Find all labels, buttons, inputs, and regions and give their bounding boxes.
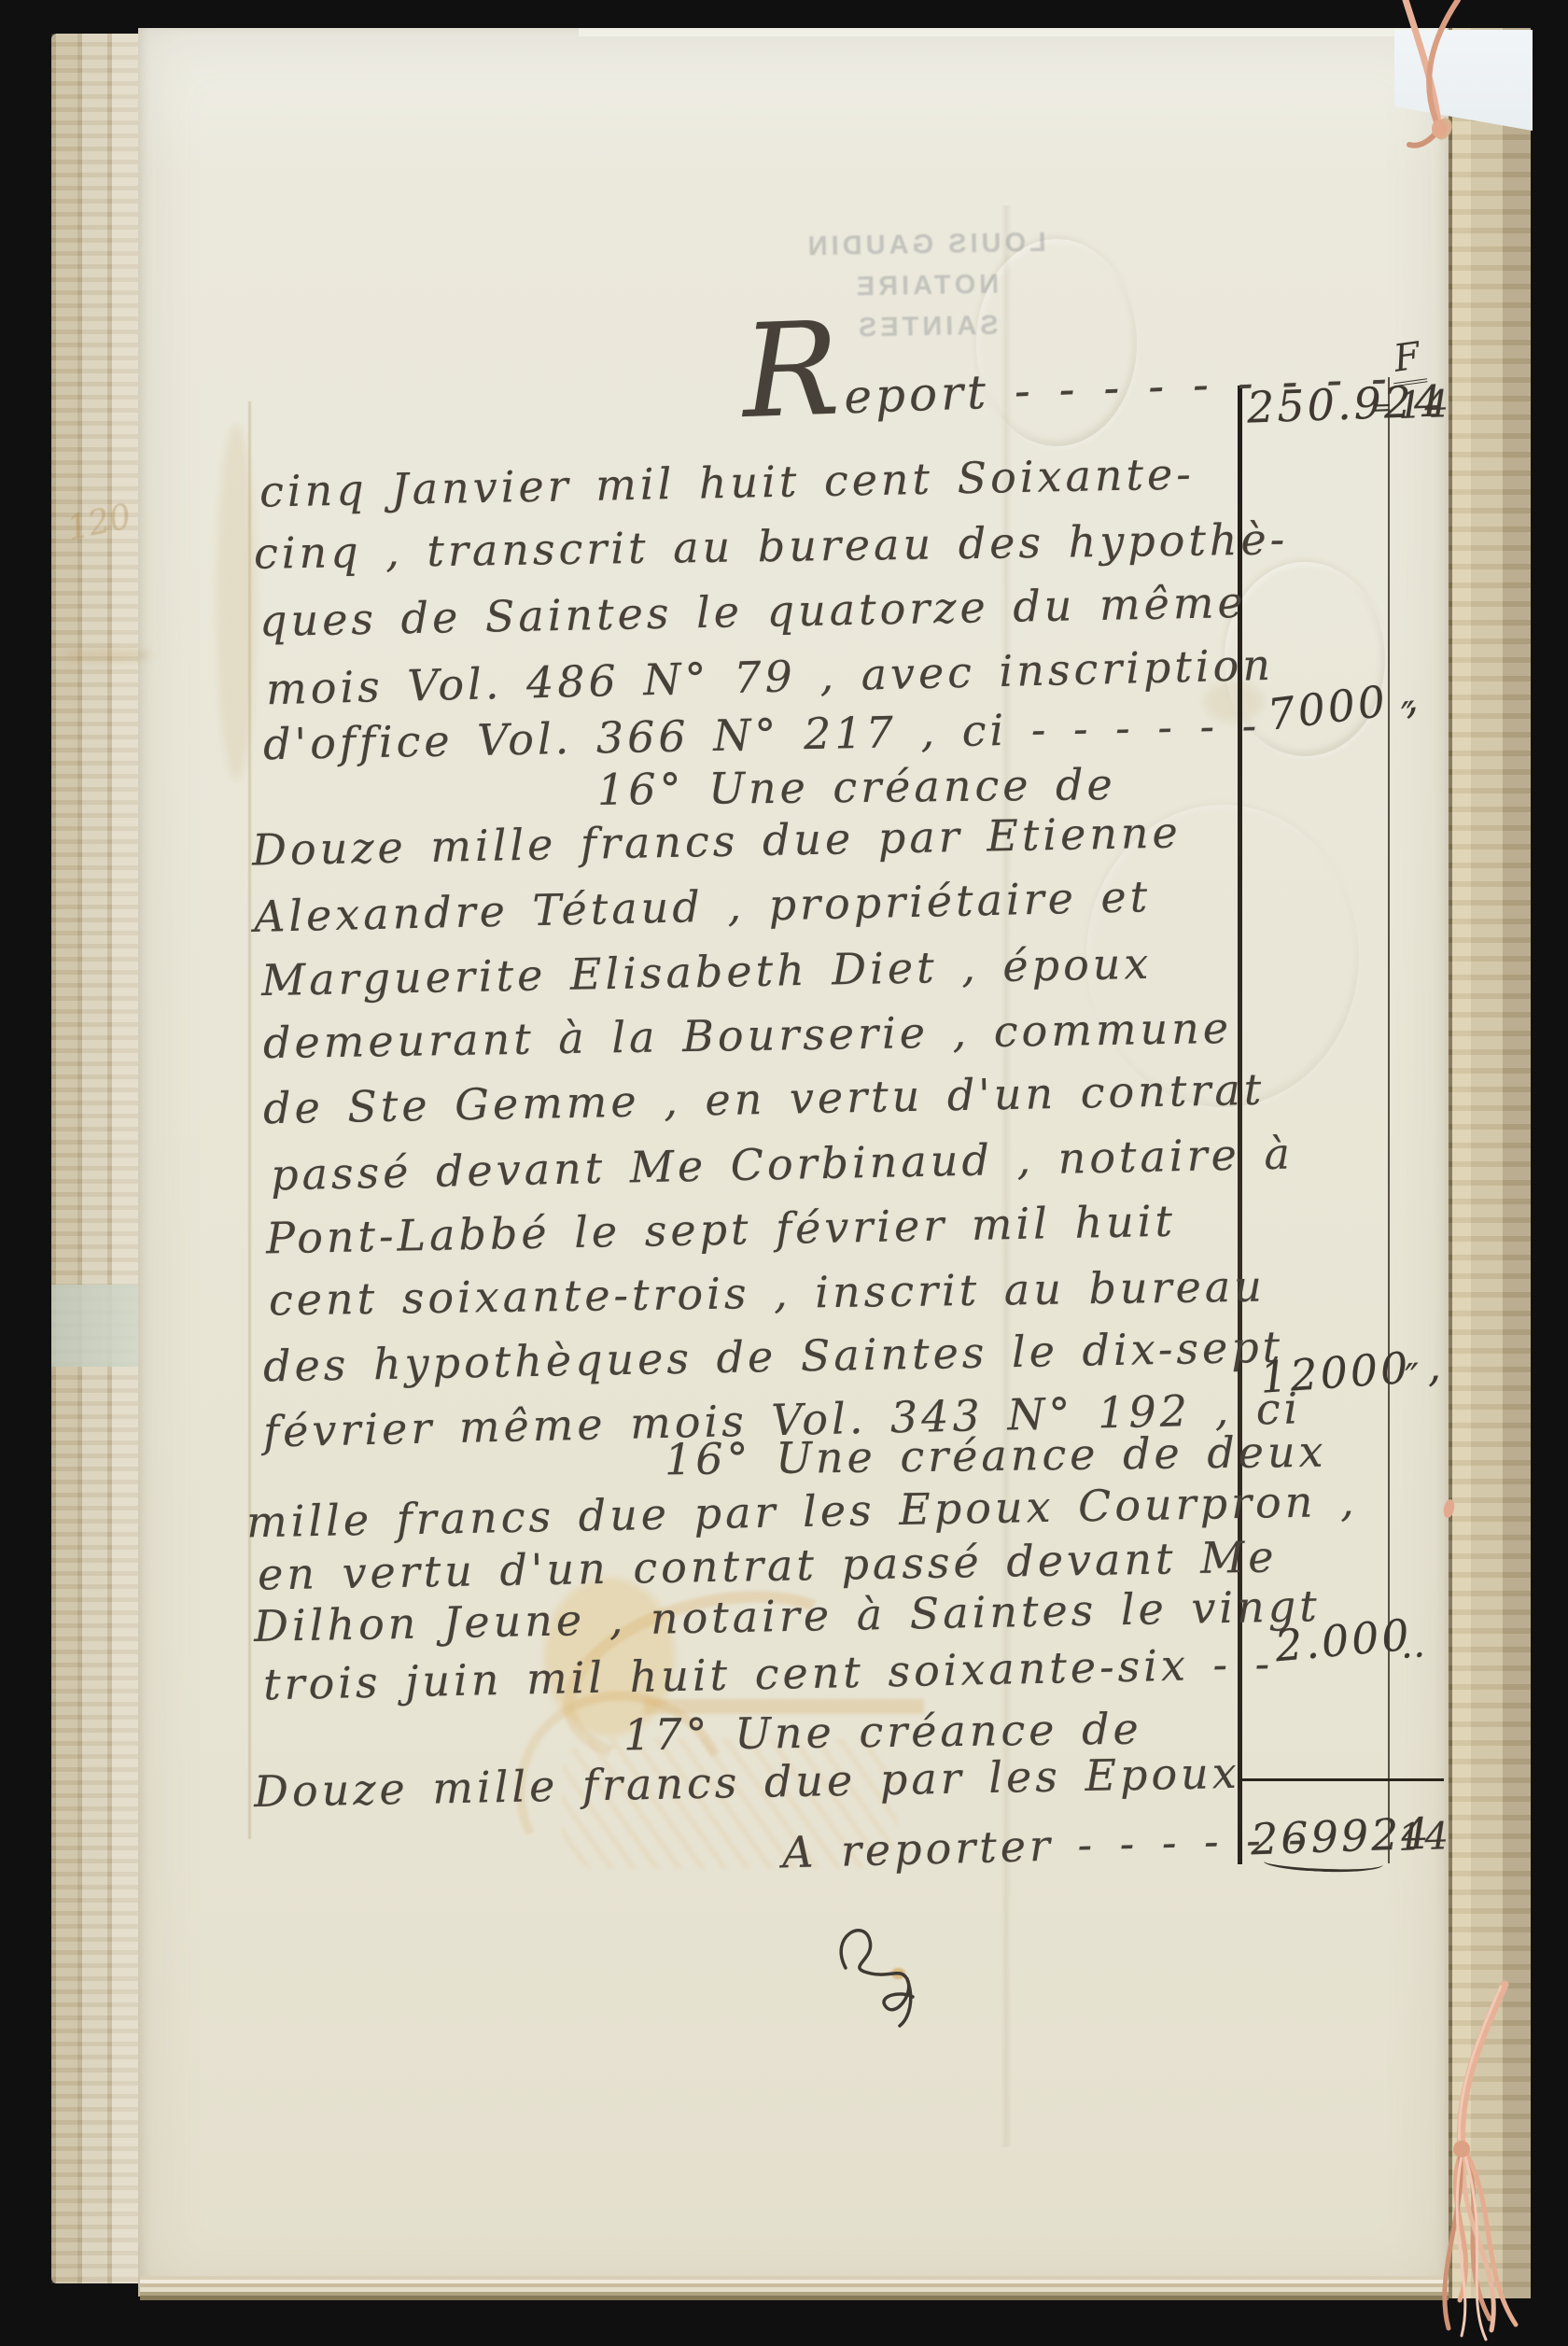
binding-thread-top [1365,0,1486,157]
amount-report-separator: = [1372,396,1393,421]
amount-item16-centimes: ″ [1405,1358,1424,1397]
amount-item16b-centimes: ‥ [1399,1625,1429,1665]
top-page-edge-highlight [579,28,1447,36]
stacked-page-edges-left [51,34,140,2283]
scanned-register-page: LOUIS GAUDIN NOTAIRE SAINTES 120 F Repor… [0,0,1568,2346]
amount-item16b-francs: 2.000 [1273,1613,1413,1668]
stacked-page-edges-bottom [140,2276,1449,2300]
amount-report-centimes: 14 [1397,386,1451,425]
binding-thread-bottom [1400,1959,1568,2346]
paraph-signature [810,1910,959,2031]
ledger-sum-rule [1242,1778,1444,1781]
manuscript-line: 16° Une créance de [597,761,1116,813]
mirrored-stamp-line: LOUIS GAUDIN [794,222,1057,268]
amount-total-centimes: 14 [1397,1818,1451,1857]
paper-stain [217,425,256,780]
paper-stain [63,650,152,661]
manuscript-line: 16° Une créance de deux [665,1428,1327,1483]
